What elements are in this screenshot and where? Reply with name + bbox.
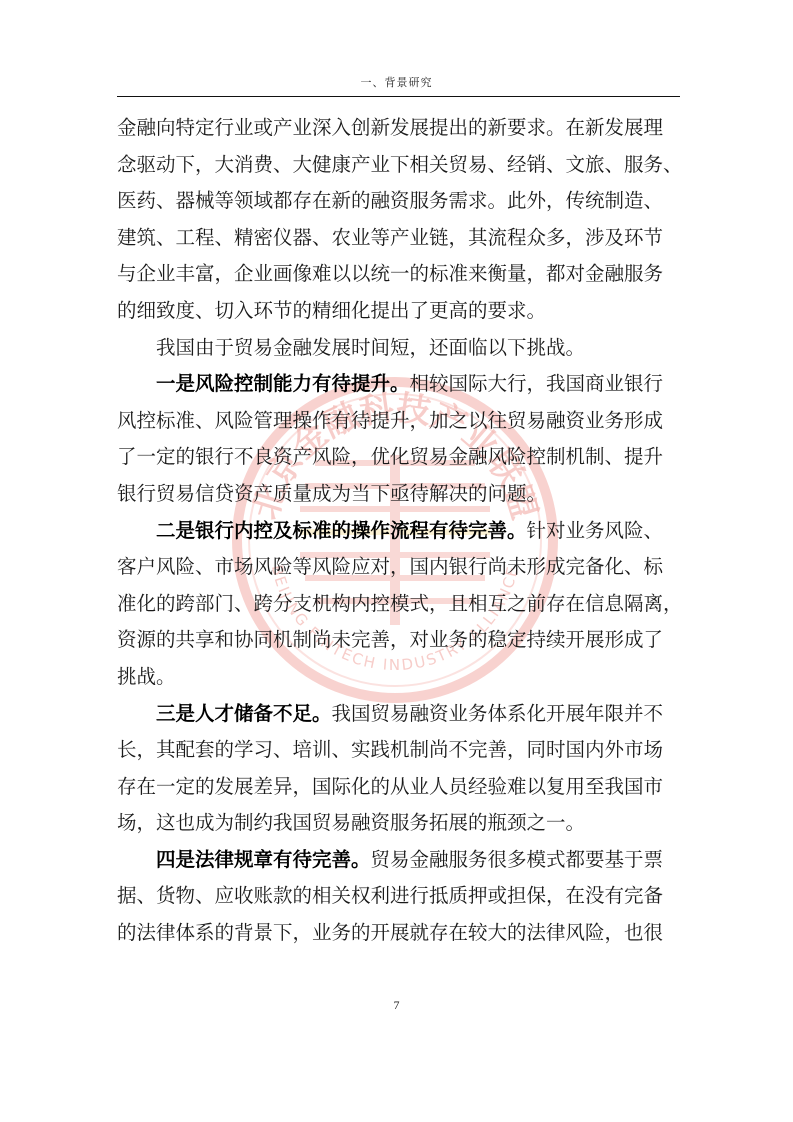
paragraph-challenge-1: 一是风险控制能力有待提升。相较国际大行，我国商业银行 风控标准、风险管理操作有待… bbox=[117, 366, 683, 512]
paragraph-challenge-4: 四是法律规章有待完善。贸易金融服务很多模式都要基于票 据、货物、应收账款的相关权… bbox=[117, 842, 683, 952]
paragraph-challenge-3: 三是人才储备不足。我国贸易融资业务体系化开展年限并不 长，其配套的学习、培训、实… bbox=[117, 696, 683, 842]
running-header-title: 一、背景研究 bbox=[0, 74, 793, 90]
text-line: 我国贸易融资业务体系化开展年限并不 bbox=[332, 702, 664, 725]
paragraph-challenge-2: 二是银行内控及标准的操作流程有待完善。针对业务风险、 客户风险、市场风险等风险应… bbox=[117, 513, 683, 696]
text-line: 金融向特定行业或产业深入创新发展提出的新要求。在新发展理 bbox=[117, 110, 683, 147]
text-line: 资源的共享和协同机制尚未完善，对业务的稳定持续开展形成了 bbox=[117, 628, 663, 651]
text-line: 相较国际大行，我国商业银行 bbox=[410, 372, 664, 395]
text-line: 医药、器械等领域都存在新的融资服务需求。此外，传统制造、 bbox=[117, 183, 683, 220]
text-line: 针对业务风险、 bbox=[527, 519, 664, 542]
text-line: 我国由于贸易金融发展时间短，还面临以下挑战。 bbox=[156, 336, 585, 359]
text-line: 据、货物、应收账款的相关权利进行抵质押或担保，在没有完备 bbox=[117, 884, 663, 907]
text-line: 与企业丰富，企业画像难以以统一的标准来衡量，都对金融服务 bbox=[117, 256, 683, 293]
challenge-heading: 二是银行内控及标准的操作流程有待完善。 bbox=[156, 519, 527, 542]
document-body: 金融向特定行业或产业深入创新发展提出的新要求。在新发展理 念驱动下，大消费、大健… bbox=[117, 110, 683, 952]
text-line: 存在一定的发展差异，国际化的从业人员经验难以复用至我国市 bbox=[117, 775, 663, 798]
challenge-heading: 三是人才储备不足。 bbox=[156, 702, 332, 725]
paragraph-challenges-intro: 我国由于贸易金融发展时间短，还面临以下挑战。 bbox=[117, 330, 683, 367]
text-line: 长，其配套的学习、培训、实践机制尚不完善，同时国内外市场 bbox=[117, 738, 663, 761]
header-divider bbox=[117, 96, 680, 97]
page-number: 7 bbox=[0, 998, 793, 1013]
challenge-heading: 四是法律规章有待完善。 bbox=[156, 848, 371, 871]
text-line: 的法律体系的背景下，业务的开展就存在较大的法律风险，也很 bbox=[117, 921, 663, 944]
text-line: 建筑、工程、精密仪器、农业等产业链，其流程众多，涉及环节 bbox=[117, 220, 683, 257]
text-line: 风控标准、风险管理操作有待提升，加之以往贸易融资业务形成 bbox=[117, 409, 663, 432]
text-line: 场，这也成为制约我国贸易融资服务拓展的瓶颈之一。 bbox=[117, 811, 585, 834]
text-line: 准化的跨部门、跨分支机构内控模式，且相互之前存在信息隔离， bbox=[117, 592, 683, 615]
text-line: 了一定的银行不良资产风险，优化贸易金融风险控制机制、提升 bbox=[117, 445, 663, 468]
text-line: 挑战。 bbox=[117, 665, 176, 688]
text-line: 银行贸易信贷资产质量成为当下亟待解决的问题。 bbox=[117, 482, 546, 505]
text-line: 念驱动下，大消费、大健康产业下相关贸易、经销、文旅、服务、 bbox=[117, 147, 683, 184]
challenge-heading: 一是风险控制能力有待提升。 bbox=[156, 372, 410, 395]
text-line: 贸易金融服务很多模式都要基于票 bbox=[371, 848, 664, 871]
text-line: 客户风险、市场风险等风险应对，国内银行尚未形成完备化、标 bbox=[117, 555, 663, 578]
text-line: 的细致度、切入环节的精细化提出了更高的要求。 bbox=[117, 293, 683, 330]
paragraph-intro: 金融向特定行业或产业深入创新发展提出的新要求。在新发展理 念驱动下，大消费、大健… bbox=[117, 110, 683, 330]
